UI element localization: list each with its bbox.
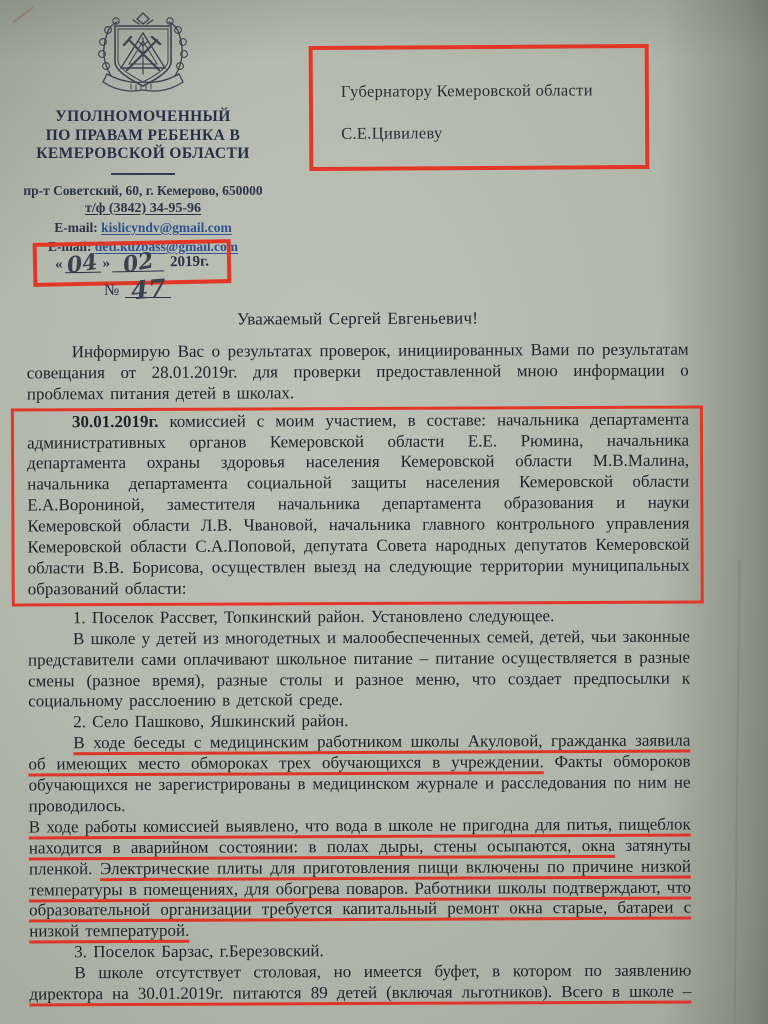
org-email-line: E-mail: kislicyndv@gmail.com [4, 220, 282, 236]
text-segment: комиссией с моим участием, в составе: на… [27, 409, 690, 598]
text-segment: 1. Поселок Рассвет, Топкинский район. Ус… [73, 606, 555, 627]
outgoing-number-line: №47 [104, 281, 171, 300]
paragraph: В ходе беседы с медицинским работником ш… [28, 731, 690, 818]
close-quote: » [102, 255, 110, 272]
open-quote: « [55, 256, 63, 273]
handwritten-month: 02 [112, 253, 164, 272]
red-underlined-text: Электрические плиты для приготовления пи… [29, 856, 691, 941]
text-segment: Информирую Вас о результатах проверок, и… [27, 339, 689, 403]
year-printed: 2019г. [170, 253, 209, 271]
salutation: Уважаемый Сергей Евгеньевич! [26, 308, 688, 332]
text-segment: В школе отсутствует столовая, но имеется… [74, 961, 691, 983]
document-body-paragraphs: Информирую Вас о результатах проверок, и… [27, 339, 692, 1005]
coat-of-arms-icon [91, 10, 195, 106]
paragraph: Информирую Вас о результатах проверок, и… [27, 339, 689, 405]
red-underlined-text: директора на 30.01.2019г. питаются 89 де… [29, 982, 691, 1004]
email-address: kislicyndv@gmail.com [101, 220, 232, 235]
org-address: пр-т Советский, 60, г. Кемерово, 650000 [4, 182, 282, 199]
handwritten-day: 04 [64, 255, 100, 274]
paragraph: В школе у детей из многодетных и малообе… [28, 626, 690, 713]
letterhead-divider [111, 173, 175, 175]
letterhead: УПОЛНОМОЧЕННЫЙ ПО ПРАВАМ РЕБЕНКА В КЕМЕР… [4, 10, 282, 255]
paper-crease [734, 560, 741, 1024]
document-body: Уважаемый Сергей Евгеньевич! Информирую … [26, 308, 691, 1006]
org-phone: т/ф (3842) 34-95-96 [4, 201, 282, 217]
org-title-line: УПОЛНОМОЧЕННЫЙ [4, 108, 282, 127]
paragraph: 1. Поселок Рассвет, Топкинский район. Ус… [28, 605, 690, 629]
addressee-title: Губернатору Кемеровской области [341, 80, 645, 102]
paragraph: В ходе работы комиссией выявлено, что во… [29, 814, 692, 942]
text-segment: 2. Село Пашково, Яшкинский район. [73, 711, 348, 731]
org-title-line: ПО ПРАВАМ РЕБЕНКА В [4, 127, 282, 146]
paragraph: 2. Село Пашково, Яшкинский район. [28, 710, 690, 734]
paragraph-red-boxed: 30.01.2019г. комиссией с моим участием, … [11, 405, 704, 606]
email-label: E-mail: [54, 220, 98, 235]
org-title-line: КЕМЕРОВСКОЙ ОБЛАСТИ [4, 145, 282, 164]
addressee-name: С.Е.Цивилеву [341, 122, 645, 144]
scanned-letter-page: УПОЛНОМОЧЕННЫЙ ПО ПРАВАМ РЕБЕНКА В КЕМЕР… [0, 0, 768, 1024]
handwritten-number: 47 [125, 281, 171, 298]
paragraph: В школе отсутствует столовая, но имеется… [29, 961, 691, 1006]
number-sign: № [104, 282, 119, 299]
red-underlined-text: В ходе работы комиссией выявлено, что во… [29, 814, 691, 857]
bold-text: 30.01.2019г. [72, 411, 159, 430]
addressee-red-annotation-box: Губернатору Кемеровской области С.Е.Циви… [309, 44, 650, 171]
text-segment: В школе у детей из многодетных и малообе… [28, 626, 690, 711]
paragraph: 3. Поселок Барзас, г.Березовский. [29, 940, 691, 964]
text-segment: 3. Поселок Барзас, г.Березовский. [74, 941, 324, 961]
